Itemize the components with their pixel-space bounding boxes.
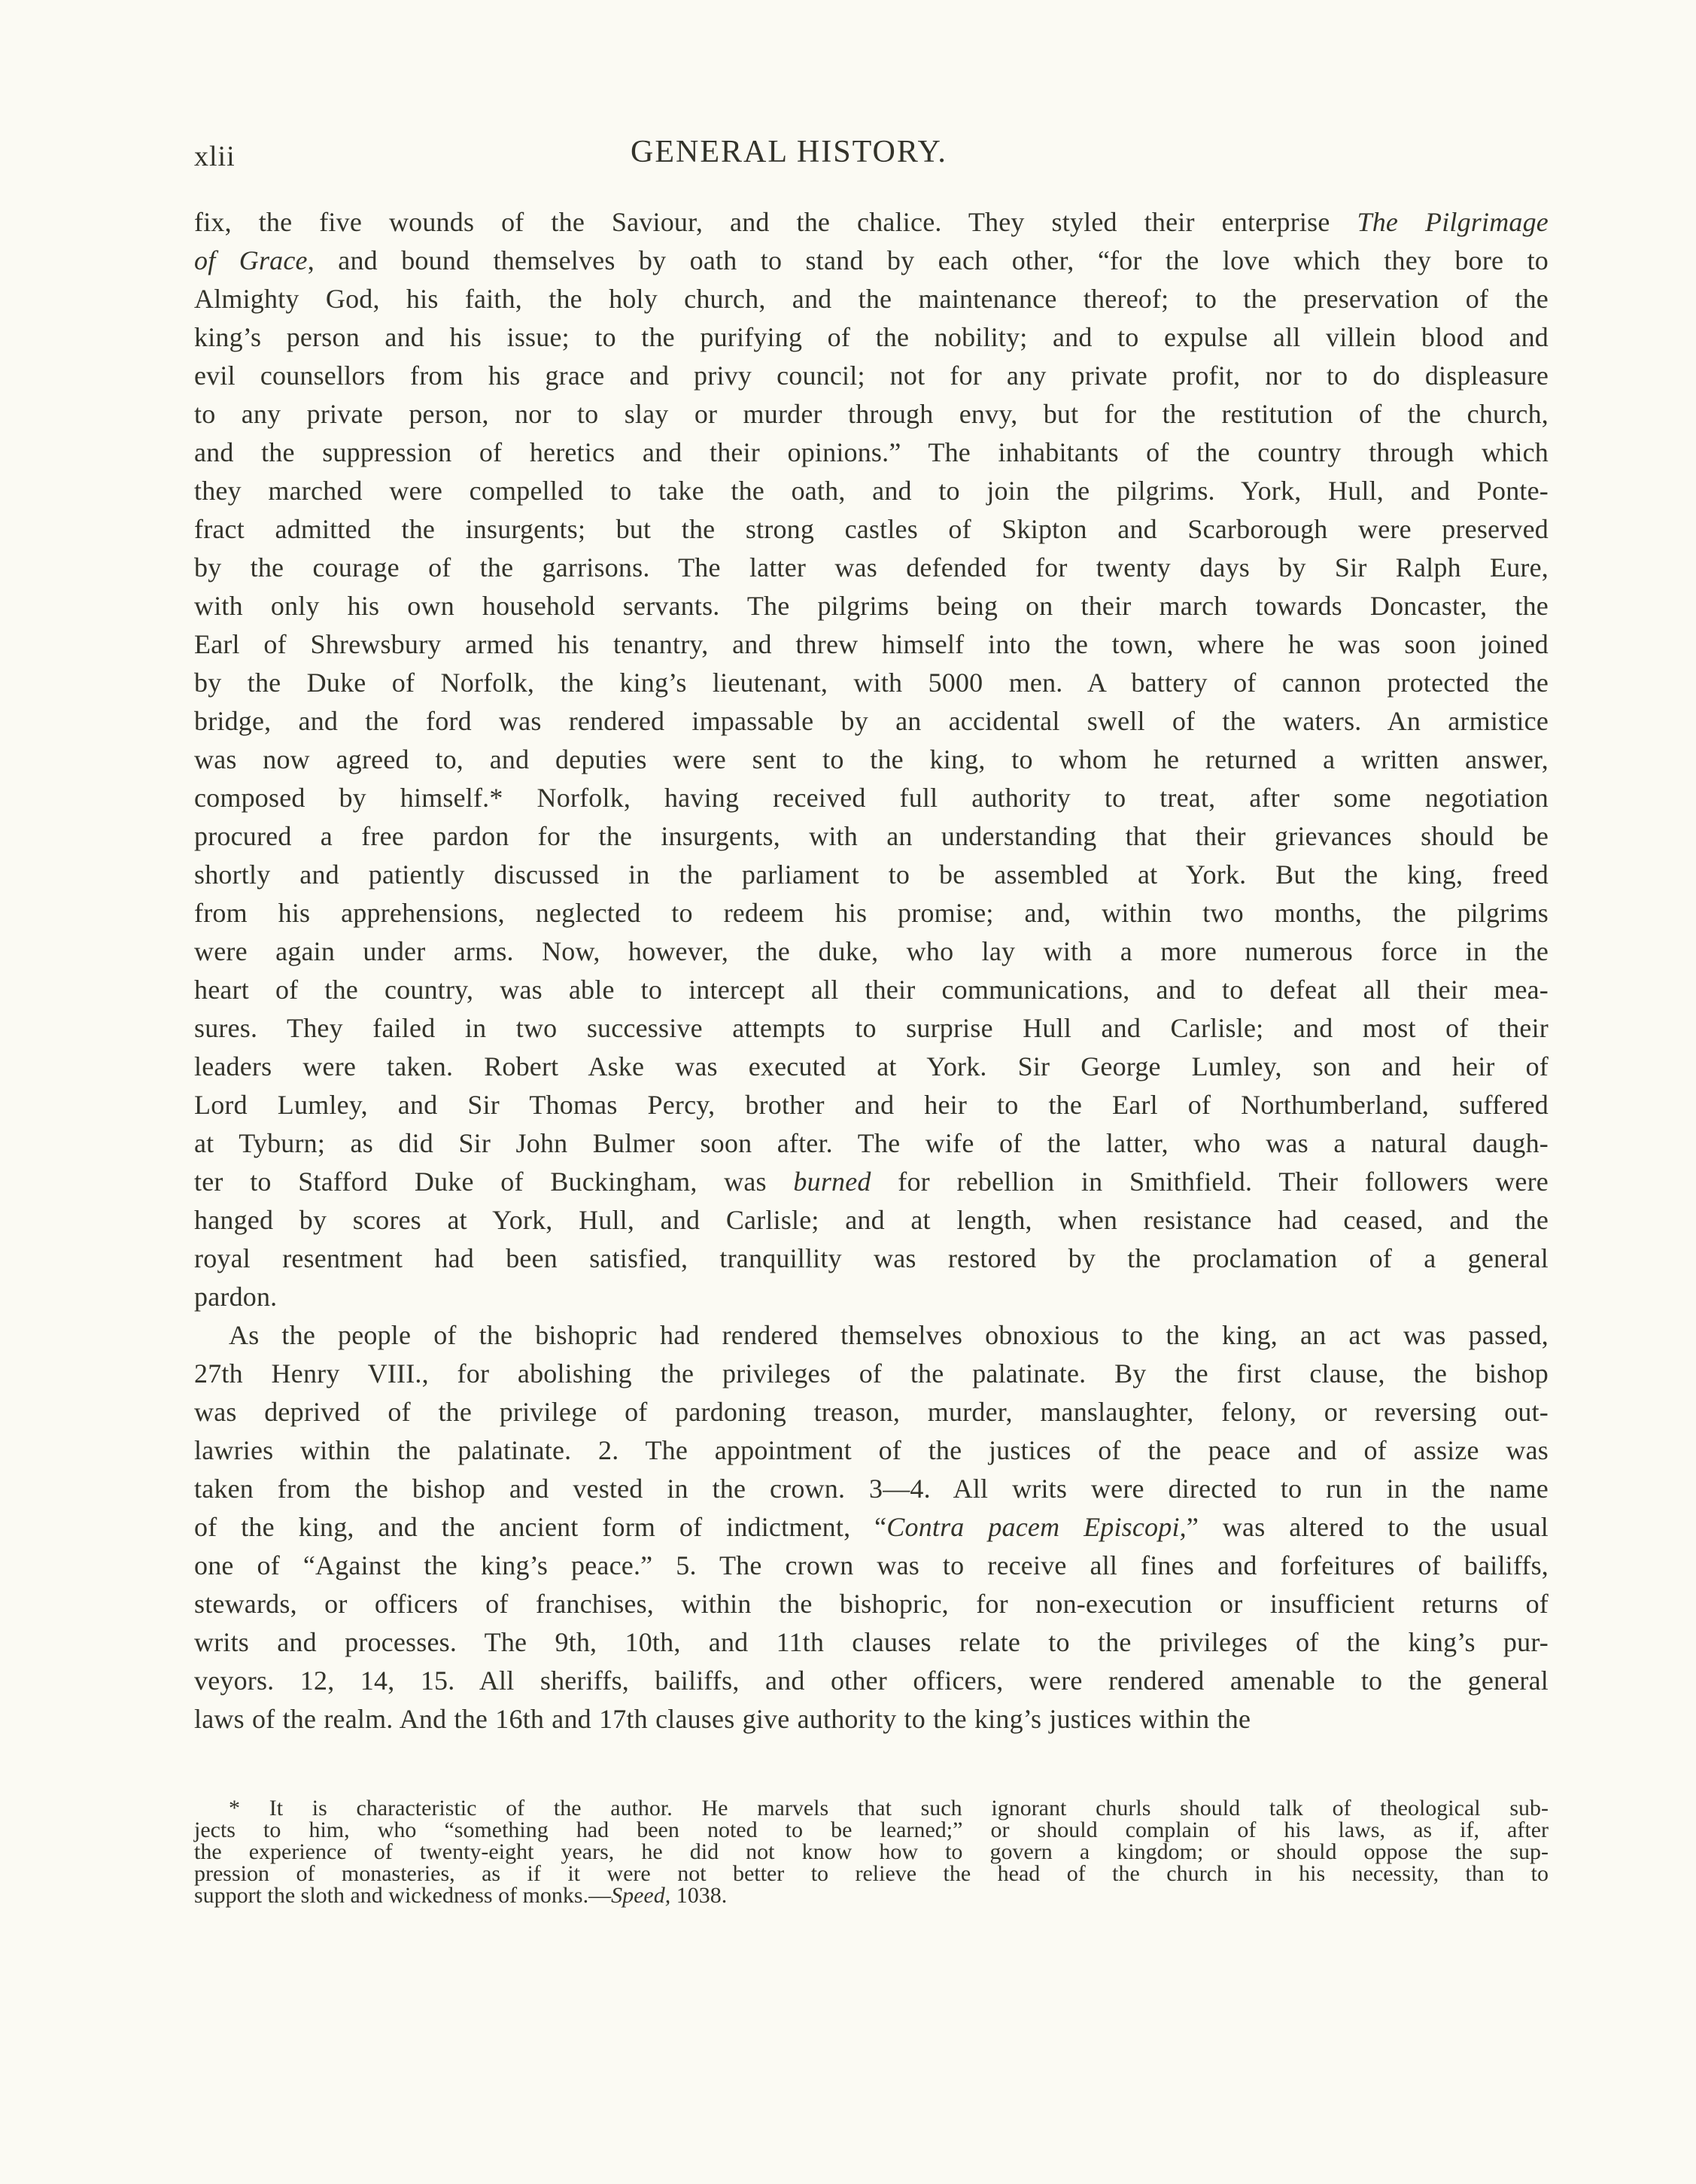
text-line: hanged by scores at York, Hull, and Carl… <box>194 1201 1549 1240</box>
text-line: Earl of Shrewsbury armed his tenantry, a… <box>194 625 1549 664</box>
paragraph-palatinate-act: As the people of the bishopric had rende… <box>194 1316 1549 1738</box>
italic-text-run: The Pilgrimage <box>1357 207 1549 237</box>
footnote: * It is characteristic of the author. He… <box>194 1797 1549 1906</box>
footnote-line: jects to him, who “something had been no… <box>194 1819 1549 1841</box>
text-line: of Grace, and bound themselves by oath t… <box>194 242 1549 280</box>
text-line: to any private person, nor to slay or mu… <box>194 395 1549 433</box>
text-line: by the Duke of Norfolk, the king’s lieut… <box>194 664 1549 702</box>
italic-text-run: of Grace <box>194 245 308 275</box>
text-line: pardon. <box>194 1278 1549 1316</box>
text-line: from his apprehensions, neglected to red… <box>194 894 1549 932</box>
text-line: fract admitted the insurgents; but the s… <box>194 510 1549 549</box>
text-line: evil counsellors from his grace and priv… <box>194 357 1549 395</box>
italic-text-run: Contra pacem Episcopi, <box>886 1512 1187 1542</box>
text-line: Almighty God, his faith, the holy church… <box>194 280 1549 318</box>
text-line: were again under arms. Now, however, the… <box>194 932 1549 971</box>
text-line: by the courage of the garrisons. The lat… <box>194 549 1549 587</box>
text-line: veyors. 12, 14, 15. All sheriffs, bailif… <box>194 1662 1549 1700</box>
text-line: procured a free pardon for the insurgent… <box>194 817 1549 856</box>
text-line: leaders were taken. Robert Aske was exec… <box>194 1048 1549 1086</box>
text-line: at Tyburn; as did Sir John Bulmer soon a… <box>194 1124 1549 1163</box>
text-run: ” was altered to the usual <box>1187 1512 1549 1542</box>
text-line: king’s person and his issue; to the puri… <box>194 318 1549 357</box>
body-text: fix, the five wounds of the Saviour, and… <box>194 203 1549 1738</box>
text-line: composed by himself.* Norfolk, having re… <box>194 779 1549 817</box>
text-run: , and bound themselves by oath to stand … <box>308 245 1549 275</box>
text-line: heart of the country, was able to interc… <box>194 971 1549 1009</box>
footnote-line: support the sloth and wickedness of monk… <box>194 1884 1549 1906</box>
text-run: for rebellion in Smithfield. Their follo… <box>871 1167 1549 1197</box>
text-line: fix, the five wounds of the Saviour, and… <box>194 203 1549 242</box>
text-line: was deprived of the privilege of pardoni… <box>194 1393 1549 1431</box>
text-line: one of “Against the king’s peace.” 5. Th… <box>194 1547 1549 1585</box>
text-line: was now agreed to, and deputies were sen… <box>194 741 1549 779</box>
text-run: support the sloth and wickedness of monk… <box>194 1883 611 1908</box>
text-line: with only his own household servants. Th… <box>194 587 1549 625</box>
text-line: and the suppression of heretics and thei… <box>194 433 1549 472</box>
text-run: ter to Stafford Duke of Buckingham, was <box>194 1167 793 1197</box>
text-run: 1038. <box>670 1883 727 1908</box>
text-line: bridge, and the ford was rendered impass… <box>194 702 1549 741</box>
text-line: writs and processes. The 9th, 10th, and … <box>194 1623 1549 1662</box>
text-line: As the people of the bishopric had rende… <box>194 1316 1549 1355</box>
text-line: they marched were compelled to take the … <box>194 472 1549 510</box>
running-head: xlii GENERAL HISTORY. <box>194 134 1549 179</box>
text-line: laws of the realm. And the 16th and 17th… <box>194 1700 1549 1738</box>
text-line: royal resentment had been satisfied, tra… <box>194 1240 1549 1278</box>
footnote-line: pression of monasteries, as if it were n… <box>194 1863 1549 1884</box>
italic-text-run: burned <box>793 1167 871 1197</box>
footnote-line: * It is characteristic of the author. He… <box>194 1797 1549 1819</box>
text-line: of the king, and the ancient form of ind… <box>194 1508 1549 1547</box>
page-number: xlii <box>194 140 236 173</box>
paragraph-pilgrimage-of-grace: fix, the five wounds of the Saviour, and… <box>194 203 1549 1316</box>
footnote-line: the experience of twenty-eight years, he… <box>194 1841 1549 1863</box>
running-head-title: GENERAL HISTORY. <box>631 134 947 170</box>
text-line: 27th Henry VIII., for abolishing the pri… <box>194 1355 1549 1393</box>
text-line: taken from the bishop and vested in the … <box>194 1470 1549 1508</box>
text-line: shortly and patiently discussed in the p… <box>194 856 1549 894</box>
text-line: ter to Stafford Duke of Buckingham, was … <box>194 1163 1549 1201</box>
text-run: fix, the five wounds of the Saviour, and… <box>194 207 1357 237</box>
book-page: xlii GENERAL HISTORY. fix, the five woun… <box>0 0 1696 2184</box>
text-line: sures. They failed in two successive att… <box>194 1009 1549 1048</box>
text-line: stewards, or officers of franchises, wit… <box>194 1585 1549 1623</box>
italic-text-run: Speed, <box>611 1883 670 1908</box>
text-line: Lord Lumley, and Sir Thomas Percy, broth… <box>194 1086 1549 1124</box>
text-run: of the king, and the ancient form of ind… <box>194 1512 886 1542</box>
text-line: lawries within the palatinate. 2. The ap… <box>194 1431 1549 1470</box>
